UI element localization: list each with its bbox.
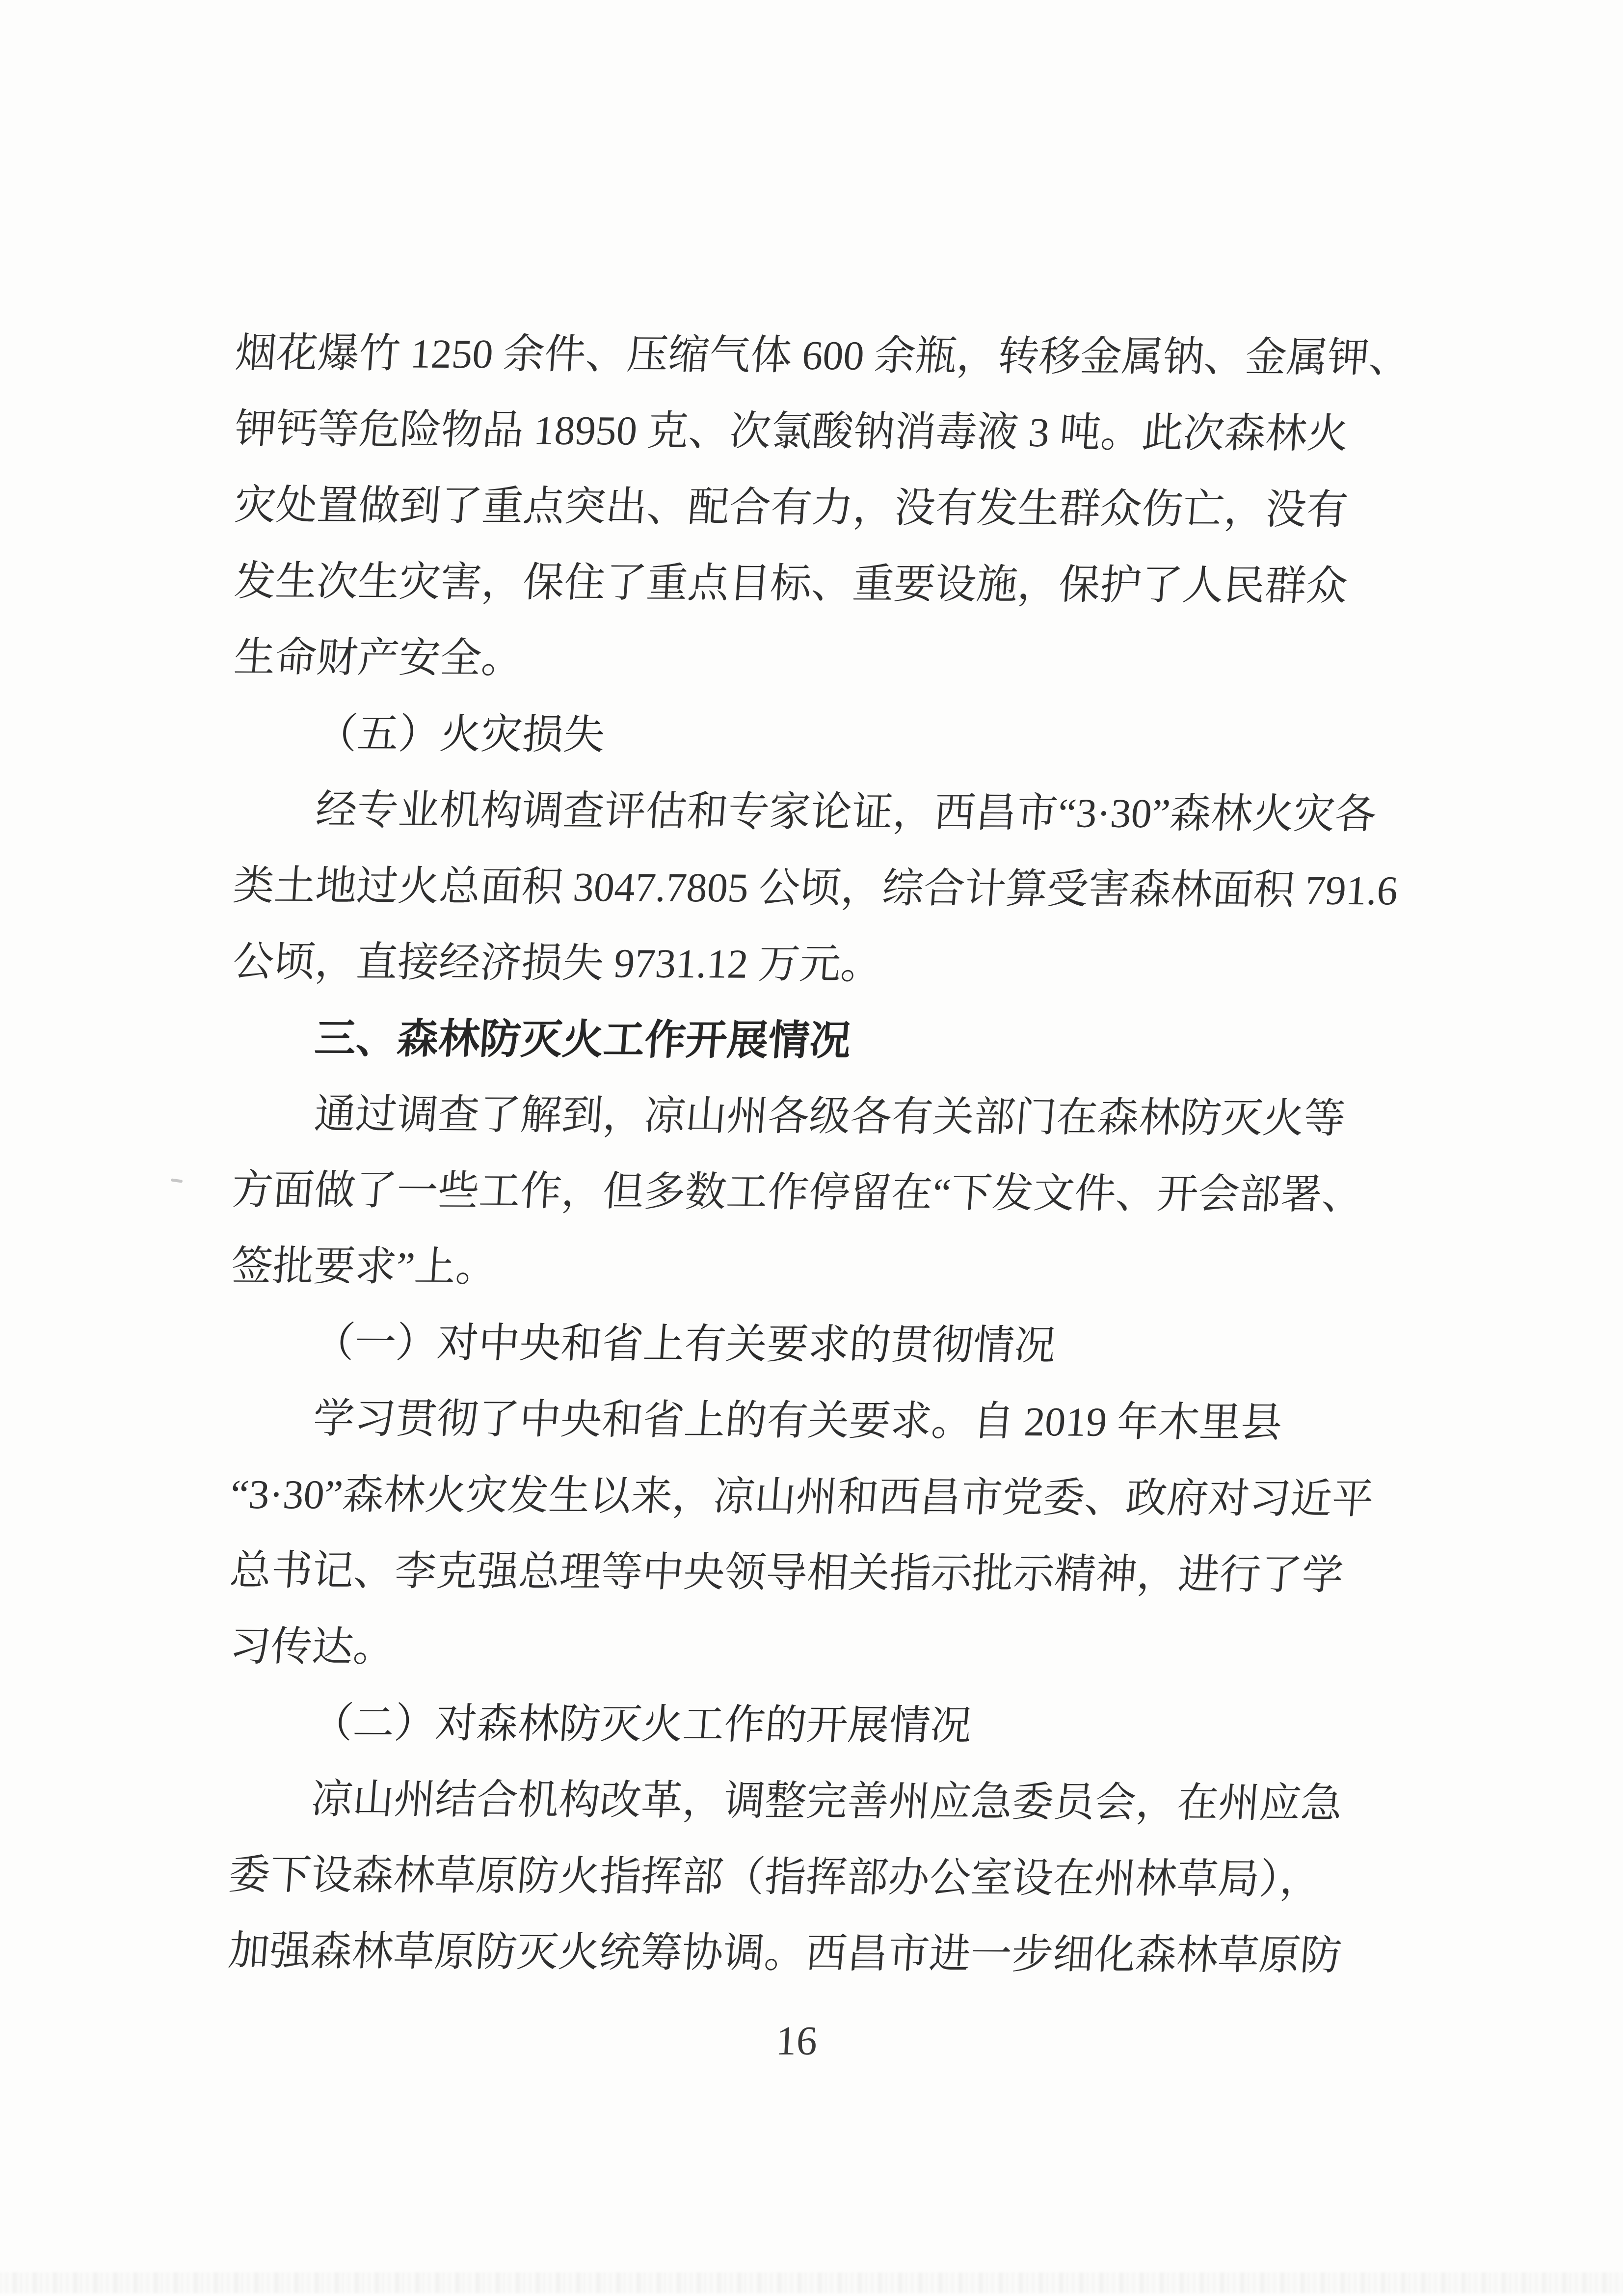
page-body: 烟花爆竹 1250 余件、压缩气体 600 余瓶，转移金属钠、金属钾、钾钙等危险… <box>228 315 1423 1995</box>
text-line: 凉山州结合机构改革，调整完善州应急委员会，在州应急 <box>226 1761 1419 1842</box>
text-line: 委下设森林草原防火指挥部（指挥部办公室设在州林草局）， <box>226 1837 1419 1918</box>
text-line: 生命财产安全。 <box>231 620 1424 701</box>
text-line: “3·30”森林火灾发生以来，凉山州和西昌市党委、政府对习近平 <box>228 1457 1421 1538</box>
text-line: 三、森林防灭火工作开展情况 <box>230 1000 1423 1081</box>
text-line: 习传达。 <box>227 1609 1420 1690</box>
text-line: 发生次生灾害，保住了重点目标、重要设施，保护了人民群众 <box>232 543 1425 625</box>
scan-speck <box>171 1178 183 1183</box>
text-line: 加强森林草原防灭火统筹协调。西昌市进一步细化森林草原防 <box>226 1913 1419 1995</box>
text-line: （五）火灾损失 <box>231 696 1424 777</box>
text-line: 总书记、李克强总理等中央领导相关指示批示精神，进行了学 <box>227 1533 1420 1614</box>
text-line: （二）对森林防灭火工作的开展情况 <box>227 1685 1420 1766</box>
text-line: 经专业机构调查评估和专家论证，西昌市“3·30”森林火灾各 <box>231 772 1424 853</box>
text-line: 烟花爆竹 1250 余件、压缩气体 600 余瓶，转移金属钠、金属钾、 <box>233 315 1426 397</box>
text-line: 学习贯彻了中央和省上的有关要求。自 2019 年木里县 <box>228 1380 1421 1462</box>
scan-noise-strip <box>0 2272 1623 2293</box>
text-line: （一）对中央和省上有关要求的贯彻情况 <box>228 1304 1421 1386</box>
text-line: 灾处置做到了重点突出、配合有力，没有发生群众伤亡，没有 <box>232 467 1425 549</box>
text-line: 签批要求”上。 <box>229 1228 1422 1310</box>
text-line: 方面做了一些工作，但多数工作停留在“下发文件、开会部署、 <box>229 1152 1422 1234</box>
text-line: 公顷，直接经济损失 9731.12 万元。 <box>230 924 1423 1005</box>
document-page: 烟花爆竹 1250 余件、压缩气体 600 余瓶，转移金属钠、金属钾、钾钙等危险… <box>0 0 1623 2296</box>
text-line: 钾钙等危险物品 18950 克、次氯酸钠消毒液 3 吨。此次森林火 <box>232 391 1425 473</box>
page-number: 16 <box>721 2017 871 2066</box>
text-line: 类土地过火总面积 3047.7805 公顷，综合计算受害森林面积 791.6 <box>230 848 1423 929</box>
text-line: 通过调查了解到，凉山州各级各有关部门在森林防灭火等 <box>229 1076 1422 1158</box>
